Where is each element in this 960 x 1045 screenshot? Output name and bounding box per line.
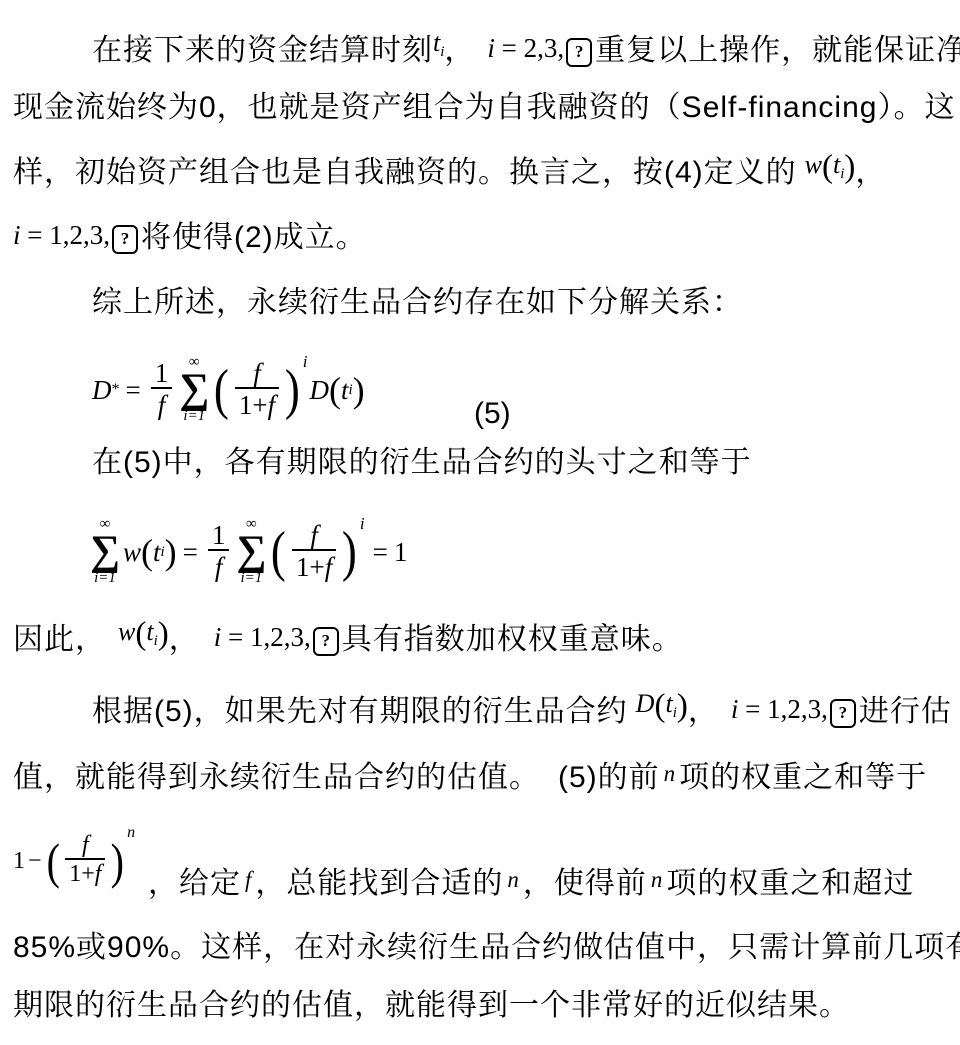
body-text: 在(5)中，各有期限的衍生品合约的头寸之和等于 (92, 446, 752, 479)
math-var-f: f (95, 861, 102, 887)
body-text: 值，就能得到永续衍生品合约的估值。 (13, 761, 540, 794)
body-text: ，给定 (148, 867, 241, 900)
body-text: 样，初始资产组合也是自我融资的。换言之，按(4)定义的 (13, 156, 797, 189)
exponent-i: i (303, 352, 308, 372)
fraction-f-over-1plusf: f1+f (292, 521, 336, 584)
math-var-i: i (487, 33, 495, 63)
math-seq-i123: i = 1,2,3, (13, 220, 110, 250)
math-w-ti: w(ti) (118, 617, 169, 646)
math-var-t: t (665, 689, 672, 718)
paren-close: ) (158, 616, 169, 652)
body-text: ，总能找到合适的 (255, 867, 503, 900)
body-text: 85%或90%。这样，在对永续衍生品合约做估值中，只需计算前几项有 (13, 931, 960, 964)
equation-partial-weight: 1 − ( f1+f ) n (13, 822, 137, 900)
math-var-n: n (651, 867, 663, 892)
math-var-f: f (158, 390, 166, 420)
one-plus: 1+ (69, 861, 95, 887)
math-seq-i123: i = 1,2,3, (214, 622, 311, 652)
equals-sign: = (373, 537, 388, 568)
body-text: 因此， (13, 623, 106, 656)
exponent-n: n (127, 824, 135, 842)
math-value-one: 1 (13, 848, 25, 875)
exponent-i: i (360, 514, 365, 534)
math-var-f: f (253, 358, 261, 388)
sigma-glyph: ∑ (179, 369, 209, 409)
paragraph2-line1: 综上所述，永续衍生品合约存在如下分解关系： (13, 285, 743, 321)
body-text: 项的权重之和等于 (679, 761, 927, 794)
math-seq-i23: i = 2,3, (487, 33, 564, 63)
missing-glyph-box: ? (830, 699, 856, 728)
math-var-n: n (664, 761, 676, 786)
math-sub-i: i (440, 44, 444, 60)
fraction-denominator: 1+f (235, 387, 279, 421)
paren-close: ) (353, 369, 365, 411)
math-var-t: t (153, 537, 161, 568)
math-w-ti: w(ti) (805, 150, 856, 179)
fraction-denominator: 1+f (292, 549, 336, 583)
paragraph5-line4: 85%或90%。这样，在对永续衍生品合约做估值中，只需计算前几项有 (13, 930, 960, 966)
math-seq-values: = 1,2,3, (745, 694, 828, 724)
math-var-f: f (245, 867, 251, 892)
body-text: ， (688, 695, 719, 728)
fraction-numerator: f (292, 521, 336, 549)
math-var-i: i (13, 220, 21, 250)
fraction-1-over-f: 1f (208, 521, 230, 584)
math-var-i: i (731, 694, 739, 724)
math-seq-values: = 1,2,3, (27, 220, 110, 250)
math-var-f: f (82, 832, 89, 858)
equals-sign: = (126, 375, 141, 406)
math-var-i: i (214, 622, 222, 652)
question-glyph: ? (322, 623, 331, 659)
fraction-f-over-1plusf: f1+f (235, 359, 279, 422)
fraction-denominator: f (151, 387, 173, 421)
body-text: ， (444, 34, 475, 67)
question-glyph: ? (121, 221, 130, 257)
paren-open: ( (141, 531, 153, 573)
fraction-denominator: 1+f (65, 858, 105, 889)
math-var-w: w (805, 150, 822, 179)
summation-symbol: ∞∑i=1 (236, 518, 266, 586)
body-text: 根据(5)，如果先对有期限的衍生品合约 (92, 695, 628, 728)
math-var-f: f (310, 520, 318, 550)
paragraph5-line2: 值，就能得到永续衍生品合约的估值。(5)的前n项的权重之和等于 (13, 760, 927, 798)
lim-eq: =1 (98, 570, 116, 586)
math-var-t: t (341, 375, 349, 406)
body-text: 进行估 (859, 695, 952, 728)
math-var-t: t (146, 617, 153, 646)
paren-close: ) (165, 531, 177, 573)
fraction-denominator: f (208, 549, 230, 583)
missing-glyph-box: ? (566, 38, 592, 67)
fraction-1-over-f: 1f (151, 359, 173, 422)
fraction-numerator: 1 (151, 359, 173, 387)
lim-eq: =1 (245, 570, 263, 586)
question-glyph: ? (575, 34, 584, 70)
body-text: 现金流始终为0，也就是资产组合为自我融资的（Self-financing）。这 (13, 91, 955, 124)
sigma-glyph: ∑ (236, 531, 266, 571)
sigma-glyph: ∑ (90, 531, 120, 571)
equation-number: (5) (474, 397, 511, 431)
body-text: 综上所述，永续衍生品合约存在如下分解关系： (92, 286, 743, 319)
equation-5: D* = 1f ∞∑i=1 ( f1+f ) i D(ti) (92, 350, 365, 430)
body-text: 期限的衍生品合约的估值，就能得到一个非常好的近似结果。 (13, 989, 850, 1022)
body-text: 具有指数加权权重意味。 (342, 623, 683, 656)
math-var-D: D (92, 375, 112, 406)
body-text: ，使得前 (523, 867, 647, 900)
paragraph1-line4: i = 1,2,3,?将使得(2)成立。 (13, 220, 367, 256)
equation-weights-sum: ∞∑i=1 w(ti) = 1f ∞∑i=1 ( f1+f ) i = 1 (87, 512, 407, 592)
paren-close: ) (677, 688, 688, 724)
body-text: 将使得(2)成立。 (141, 221, 367, 254)
paragraph1-line1: 在接下来的资金结算时刻ti，i = 2,3,?重复以上操作，就能保证净 (13, 33, 960, 79)
document-page: 在接下来的资金结算时刻ti，i = 2,3,?重复以上操作，就能保证净 现金流始… (0, 0, 960, 1045)
paren-open: ( (654, 688, 665, 724)
paragraph3-line1: 在(5)中，各有期限的衍生品合约的头寸之和等于 (13, 445, 752, 481)
math-D-ti: D(ti) (636, 689, 688, 718)
body-text: ， (169, 623, 200, 656)
sum-lower-limit: i=1 (240, 571, 262, 586)
paragraph4-line1: 因此，w(ti)，i = 1,2,3,?具有指数加权权重意味。 (13, 622, 683, 668)
fraction-f-over-1plusf: f1+f (65, 833, 105, 889)
one-plus: 1+ (296, 552, 325, 582)
one-plus: 1+ (239, 390, 268, 420)
fraction-numerator: f (65, 833, 105, 858)
body-text: (5)的前 (558, 761, 660, 794)
fraction-numerator: f (235, 359, 279, 387)
math-var-w: w (123, 537, 141, 568)
minus-sign: − (28, 848, 42, 875)
fraction-numerator: 1 (208, 521, 230, 549)
math-seq-i123: i = 1,2,3, (731, 694, 828, 724)
math-var-D: D (636, 689, 655, 718)
body-text: 项的权重之和超过 (666, 867, 914, 900)
body-text: ， (855, 156, 886, 189)
body-text: 重复以上操作，就能保证净 (595, 34, 960, 67)
paren-close: ) (844, 149, 855, 185)
sum-lower-limit: i=1 (94, 571, 116, 586)
math-var-D: D (309, 375, 329, 406)
summation-symbol: ∞∑i=1 (179, 356, 209, 424)
math-seq-values: = 1,2,3, (228, 622, 311, 652)
math-var-f: f (268, 390, 276, 420)
math-value-one: 1 (394, 537, 408, 568)
summation-symbol: ∞∑i=1 (90, 518, 120, 586)
equals-sign: = (183, 537, 198, 568)
paragraph5-line1: 根据(5)，如果先对有期限的衍生品合约D(ti)，i = 1,2,3,?进行估 (13, 694, 952, 740)
paren-open: ( (329, 369, 341, 411)
question-glyph: ? (839, 695, 848, 731)
math-var-f: f (215, 552, 223, 582)
math-var-n: n (507, 867, 519, 892)
sum-lower-limit: i=1 (183, 409, 205, 424)
paragraph1-line2: 现金流始终为0，也就是资产组合为自我融资的（Self-financing）。这 (13, 90, 955, 126)
paragraph1-line3: 样，初始资产组合也是自我融资的。换言之，按(4)定义的w(ti)， (13, 155, 886, 201)
math-seq-values: = 2,3, (502, 33, 564, 63)
paren-open: ( (822, 149, 833, 185)
missing-glyph-box: ? (313, 627, 339, 656)
math-var-w: w (118, 617, 135, 646)
missing-glyph-box: ? (112, 225, 138, 254)
paragraph5-line5: 期限的衍生品合约的估值，就能得到一个非常好的近似结果。 (13, 988, 850, 1024)
body-text: 在接下来的资金结算时刻 (92, 34, 433, 67)
paren-open: ( (135, 616, 146, 652)
math-t-i: ti (433, 28, 444, 57)
math-sup-star: * (112, 381, 120, 399)
paragraph5-line3: ，给定f，总能找到合适的n，使得前n项的权重之和超过 (148, 866, 914, 904)
lim-eq: =1 (187, 408, 205, 424)
math-var-f: f (325, 552, 333, 582)
